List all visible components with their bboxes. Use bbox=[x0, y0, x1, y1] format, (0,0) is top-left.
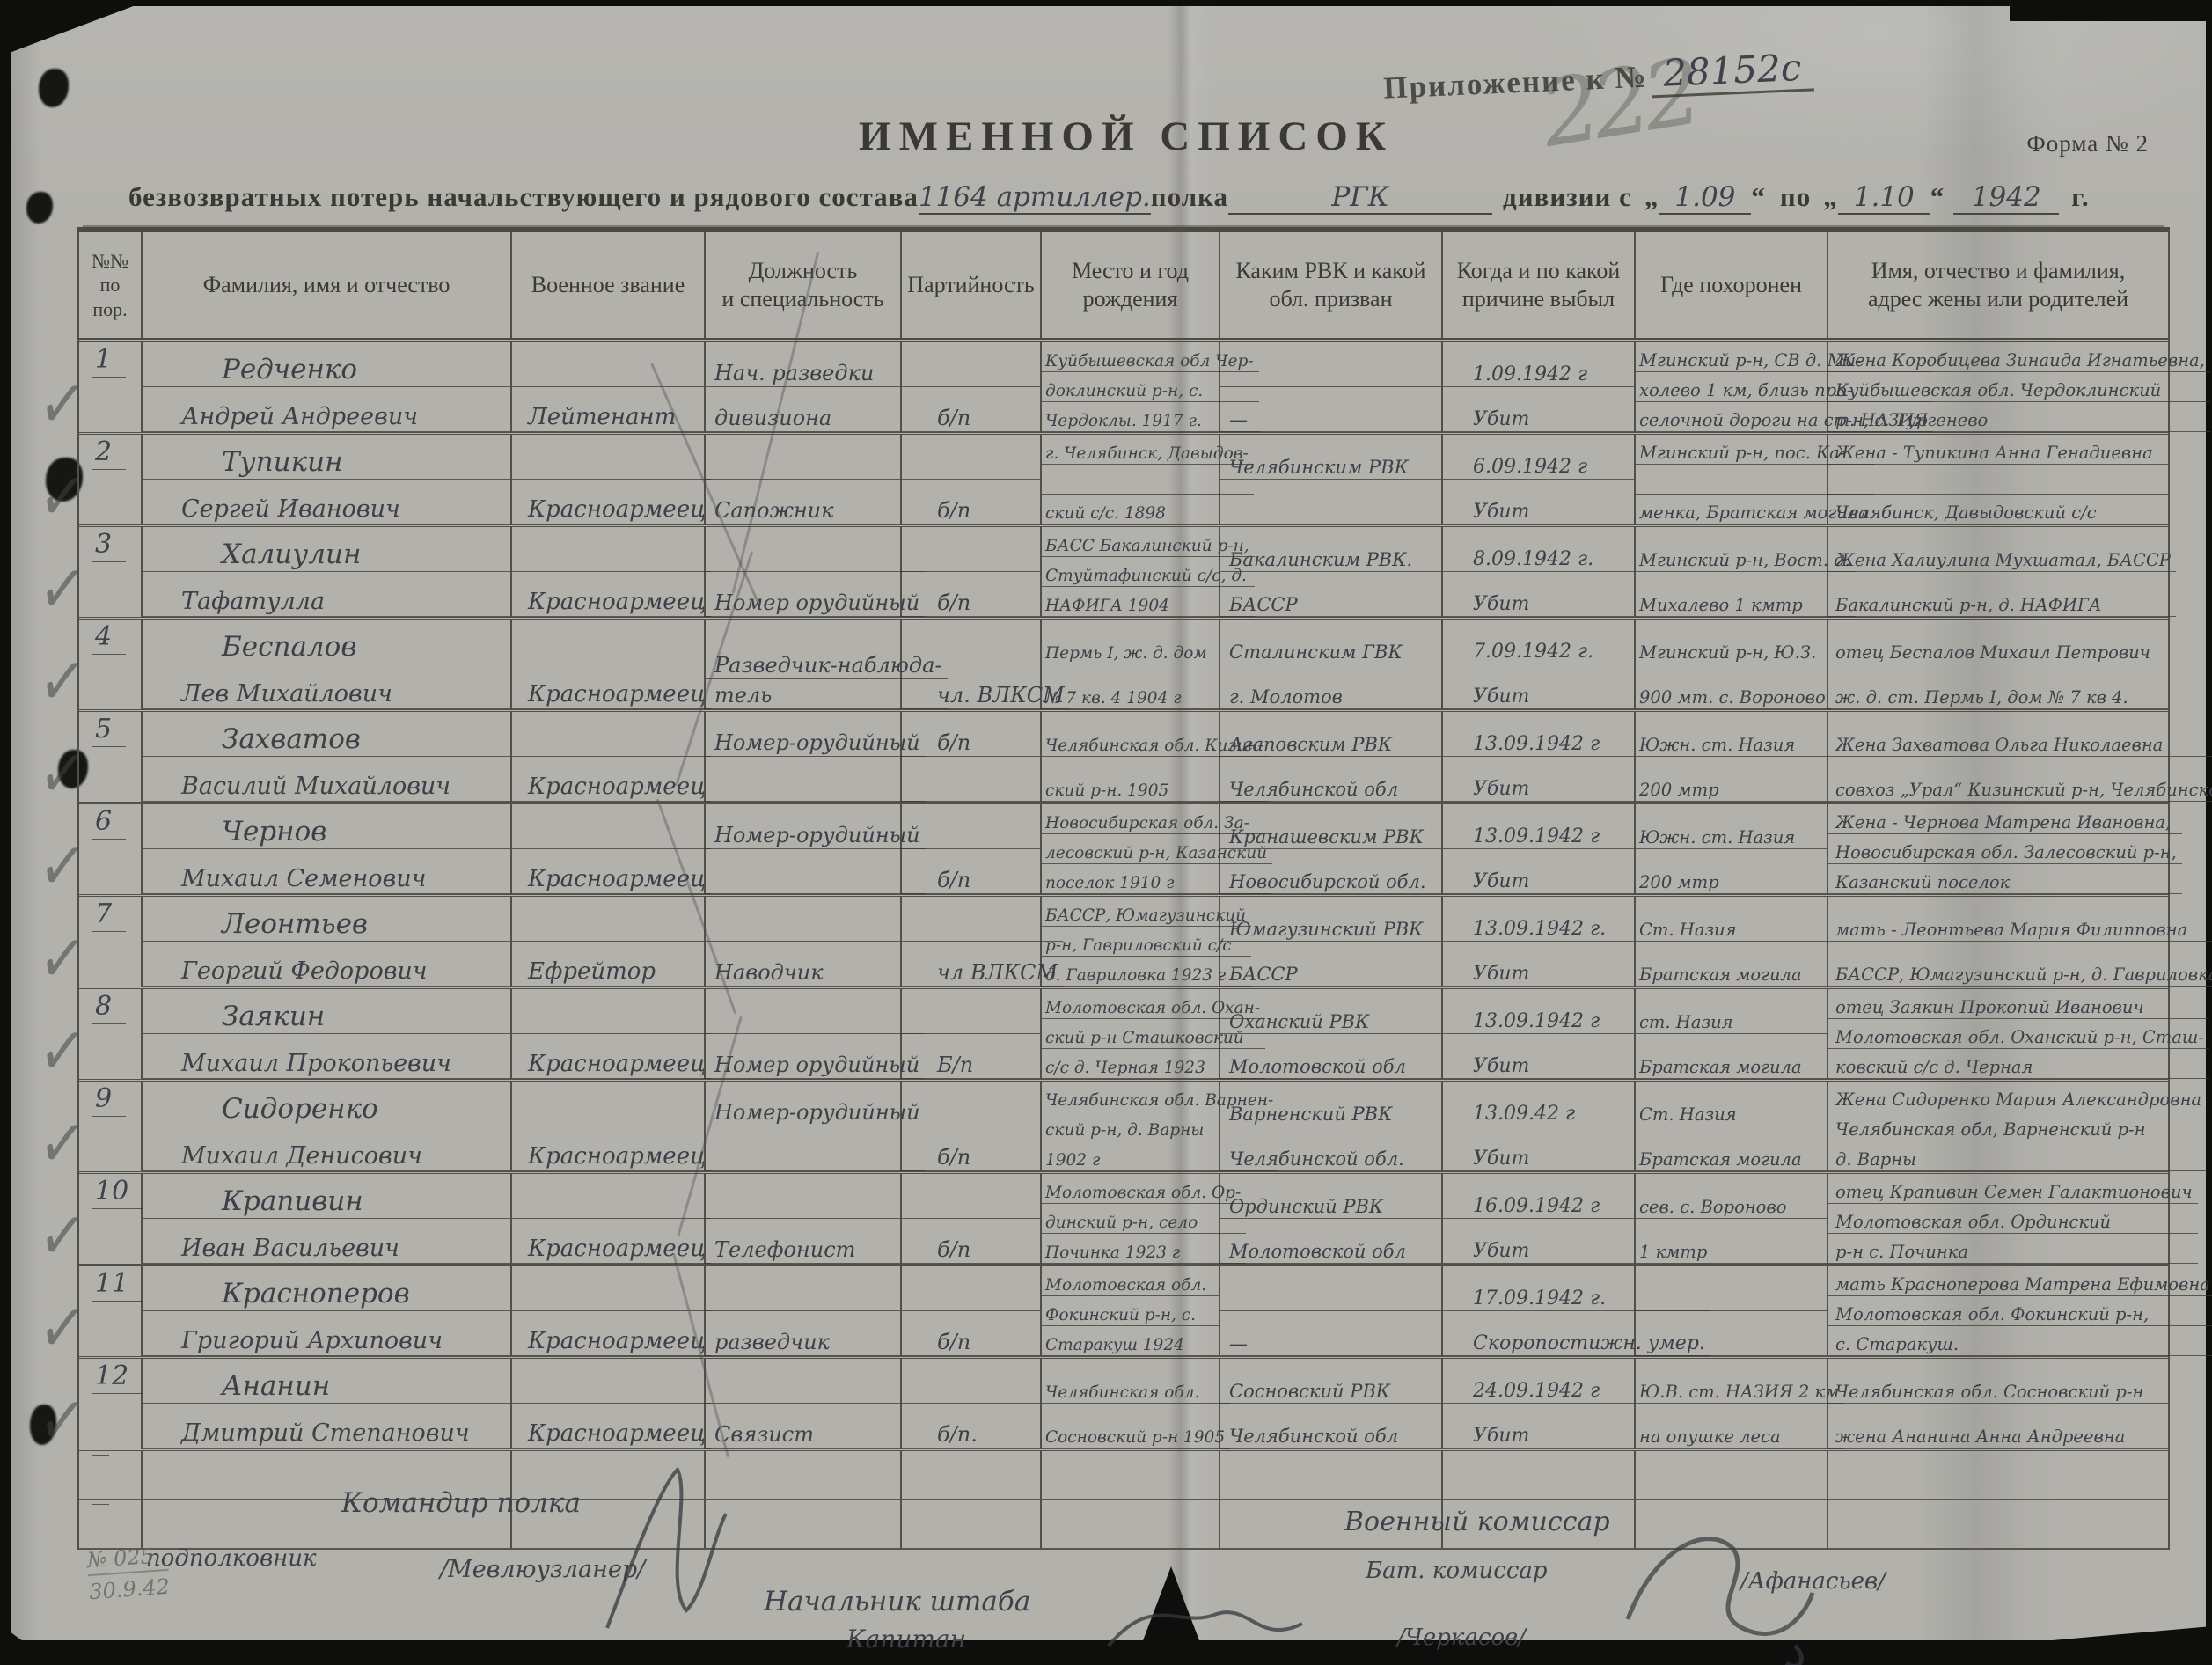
buried-line: 200 мтр bbox=[1636, 781, 1827, 802]
burial-cell: сев. с. Вороново1 кмтр bbox=[1636, 1174, 1828, 1264]
buried-line: Южн. ст. Назия bbox=[1636, 737, 1827, 757]
drafted-by-cell: Оханский РВКМолотовской обл bbox=[1220, 989, 1443, 1079]
when-line: Убит bbox=[1443, 1148, 1634, 1171]
name-line: Леонтьев bbox=[143, 910, 510, 942]
row-number: 7 bbox=[92, 899, 126, 932]
col-header-birth: Место и год рождения bbox=[1042, 232, 1220, 338]
subtitle-lead: безвозвратных потерь начальствующего и р… bbox=[128, 181, 919, 213]
quote-close-1: “ bbox=[1751, 181, 1766, 213]
party-cell: б/п bbox=[902, 435, 1042, 524]
subtitle-polka: полка bbox=[1151, 181, 1228, 213]
party-cell: б/п bbox=[902, 712, 1042, 802]
party-line bbox=[902, 477, 1040, 480]
full-name-cell: ЗаякинМихаил Прокопьевич bbox=[143, 989, 512, 1079]
when-line: Убит bbox=[1443, 871, 1634, 894]
name-line: Ананин bbox=[143, 1372, 510, 1404]
burial-cell: Мгинский р-н, Ю.З.900 мт. с. Вороново bbox=[1636, 620, 1828, 709]
chief-of-staff-signature-scrawl bbox=[1100, 1575, 1329, 1665]
when-line: Убит bbox=[1443, 964, 1634, 987]
scanned-document: 222 Приложение к № 28152с Форма № 2 ИМЕН… bbox=[0, 0, 2212, 1665]
position-line bbox=[706, 799, 926, 802]
full-name-cell: ЗахватовВасилий Михайлович bbox=[143, 712, 512, 802]
rank-cell: Красноармеец bbox=[512, 1082, 706, 1171]
birth-cell: Молотовская обл. Ор-динский р-н, селоПоч… bbox=[1042, 1174, 1220, 1264]
col-header-position: Должность и специальность bbox=[706, 232, 902, 338]
rank-line: Красноармеец bbox=[512, 775, 711, 802]
when-cause-cell: 8.09.1942 г.Убит bbox=[1443, 527, 1636, 617]
when-line: 13.09.1942 г bbox=[1443, 1011, 1634, 1034]
party-line: б/п bbox=[902, 1331, 1040, 1356]
rank-cell: Красноармеец bbox=[512, 1266, 706, 1356]
name-line: Михаил Денисович bbox=[143, 1144, 510, 1171]
party-line bbox=[902, 1216, 1040, 1219]
row-number-cell: 6 ✓ bbox=[79, 804, 143, 894]
rank-line: Красноармеец bbox=[512, 1053, 711, 1079]
row-number: 4 bbox=[92, 621, 126, 655]
buried-line: Братская могила bbox=[1636, 1151, 1827, 1171]
party-cell: б/п bbox=[902, 1266, 1042, 1356]
birth-cell: БАССР, Юмагузинскийр-н, Гавриловский с/с… bbox=[1042, 897, 1220, 987]
empty-line bbox=[1828, 1546, 2168, 1548]
position-cell: Разведчик-наблюда-тель bbox=[706, 620, 902, 709]
row-number: 10 bbox=[92, 1176, 143, 1209]
col-header-burial-place: Где похоронен bbox=[1636, 232, 1828, 338]
birth-cell: Челябинская обл.Сосновский р-н 1905 bbox=[1042, 1359, 1220, 1449]
scan-edge-top bbox=[0, 0, 2212, 6]
next-of-kin-cell: Жена Халиулина Мухшатал, БАССРБакалински… bbox=[1828, 527, 2176, 617]
full-name-cell: ЧерновМихаил Семенович bbox=[143, 804, 512, 894]
col-header-party: Партийность bbox=[902, 232, 1042, 338]
row-number: 12 bbox=[92, 1361, 143, 1394]
party-line bbox=[902, 1031, 1040, 1034]
when-line: Убит bbox=[1443, 1056, 1634, 1079]
buried-line: Ст. Назия bbox=[1636, 1106, 1827, 1126]
table-row: 3 ✓ ХалиулинТафатулла Красноармеец Номер… bbox=[79, 527, 2168, 620]
rvk-line: Новосибирской обл. bbox=[1220, 872, 1441, 894]
buried-line: Братская могила bbox=[1636, 1059, 1827, 1079]
when-cause-cell: 13.09.1942 гУбит bbox=[1443, 804, 1636, 894]
rank-line: Красноармеец bbox=[512, 1422, 711, 1449]
family-line: Жена - Чернова Матрена Ивановна, bbox=[1828, 814, 2182, 834]
next-of-kin-cell: отец Заякин Прокопий ИвановичМолотовская… bbox=[1828, 989, 2209, 1079]
family-line: отец Крапивин Семен Галактионович bbox=[1828, 1184, 2198, 1204]
position-cell: Номер-орудийный bbox=[706, 1082, 902, 1171]
date-to-handwritten: 1.10 bbox=[1838, 181, 1930, 215]
rank-line bbox=[512, 569, 711, 572]
row-number: 2 bbox=[92, 436, 126, 470]
family-line: Челябинская обл, Варненский р-н bbox=[1828, 1121, 2207, 1141]
row-number-cell: 5 ✓ bbox=[79, 712, 143, 802]
table-header-row: №№ по пор. Фамилия, имя и отчество Военн… bbox=[79, 232, 2168, 342]
commissar-signature-scrawl bbox=[1610, 1514, 1839, 1663]
party-line: б/п bbox=[902, 1239, 1040, 1264]
when-cause-cell: 6.09.1942 гУбит bbox=[1443, 435, 1636, 524]
rvk-line: Агаповским РВК bbox=[1220, 735, 1441, 757]
table-row: 9 ✓ СидоренкоМихаил Денисович Красноарме… bbox=[79, 1082, 2168, 1174]
party-cell bbox=[902, 1500, 1042, 1548]
drafted-by-cell: Ординский РВКМолотовской обл bbox=[1220, 1174, 1443, 1264]
next-of-kin-cell: Жена Коробицева Зинаида Игнатьевна,Куйбы… bbox=[1828, 342, 2210, 432]
name-line: Сергей Иванович bbox=[143, 497, 510, 524]
name-line: Халиулин bbox=[143, 540, 510, 572]
row-number bbox=[92, 1502, 109, 1505]
family-line: Жена Захватова Ольга Николаевна bbox=[1828, 737, 2212, 757]
quote-close-2: “ bbox=[1930, 181, 1945, 213]
party-cell: б/п bbox=[902, 527, 1042, 617]
row-number-cell: 8 ✓ bbox=[79, 989, 143, 1079]
col-header-rank: Военное звание bbox=[512, 232, 706, 338]
empty-line bbox=[1220, 1546, 1441, 1548]
name-line: Василий Михайлович bbox=[143, 774, 510, 802]
name-line: Андрей Андреевич bbox=[143, 405, 510, 432]
birth-line: Пермь I, ж. д. дом bbox=[1042, 645, 1219, 664]
name-line: Красноперов bbox=[143, 1280, 510, 1311]
birth-cell: г. Челябинск, Давыдов-ский с/с. 1898 bbox=[1042, 435, 1220, 524]
scan-edge-right bbox=[2206, 0, 2212, 1665]
position-line bbox=[706, 1216, 900, 1219]
rank-line: Красноармеец bbox=[512, 1145, 711, 1171]
rvk-line: — bbox=[1220, 410, 1441, 432]
rank-line: Красноармеец bbox=[512, 683, 711, 709]
next-of-kin-cell: Жена - Тупикина Анна ГенадиевнаЧелябинск… bbox=[1828, 435, 2168, 524]
when-line: 1.09.1942 г bbox=[1443, 364, 1634, 387]
name-line: Крапивин bbox=[143, 1187, 510, 1219]
buried-line: 1 кмтр bbox=[1636, 1243, 1827, 1264]
buried-line: 900 мт. с. Вороново bbox=[1636, 689, 1831, 709]
empty-line bbox=[1828, 1497, 2168, 1499]
empty-line bbox=[1042, 1546, 1219, 1548]
birth-cell: Новосибирская обл. За-лесовский р-н, Каз… bbox=[1042, 804, 1220, 894]
name-line: Михаил Прокопьевич bbox=[143, 1052, 510, 1079]
buried-line: 200 мтр bbox=[1636, 874, 1827, 894]
position-cell: разведчик bbox=[706, 1266, 902, 1356]
position-line: Связист bbox=[706, 1424, 900, 1449]
family-line: Челябинск, Давыдовский с/с bbox=[1828, 504, 2168, 524]
party-line: б/п. bbox=[902, 1424, 1040, 1449]
unit-handwritten: РГК bbox=[1228, 181, 1492, 215]
position-line bbox=[706, 891, 926, 894]
when-line: 6.09.1942 г bbox=[1443, 457, 1634, 480]
rank-line bbox=[512, 385, 704, 387]
rank-line: Красноармеец bbox=[512, 1330, 711, 1356]
birth-cell: Челябинская обл. Варнен-ский р-н, д. Вар… bbox=[1042, 1082, 1220, 1171]
party-line: б/п bbox=[902, 1147, 1040, 1171]
empty-line bbox=[1220, 1497, 1441, 1499]
scan-corner-top-right bbox=[2010, 0, 2212, 21]
when-cause-cell: 7.09.1942 г.Убит bbox=[1443, 620, 1636, 709]
family-line: Жена - Тупикина Анна Генадиевна bbox=[1828, 444, 2168, 465]
rank-line bbox=[512, 754, 711, 757]
birth-line: Сосновский р-н 1905 bbox=[1042, 1429, 1230, 1449]
when-line: Убит bbox=[1443, 502, 1634, 524]
position-cell: Сапожник bbox=[706, 435, 902, 524]
next-of-kin-cell: Жена Захватова Ольга Николаевнасовхоз „У… bbox=[1828, 712, 2212, 802]
name-line: Беспалов bbox=[143, 633, 510, 664]
empty-line bbox=[902, 1497, 1040, 1499]
when-line: 13.09.1942 г bbox=[1443, 826, 1634, 849]
rvk-line: Челябинской обл bbox=[1220, 1427, 1441, 1449]
position-line bbox=[706, 477, 900, 480]
row-number-cell: 1 ✓ bbox=[79, 342, 143, 432]
family-line: жена Ананина Анна Андреевна bbox=[1828, 1428, 2168, 1449]
row-number-cell: 4 ✓ bbox=[79, 620, 143, 709]
next-of-kin-cell bbox=[1828, 1451, 2168, 1499]
position-line: Сапожник bbox=[706, 500, 900, 524]
party-cell bbox=[902, 1451, 1042, 1499]
stamp-number: 28152с bbox=[1650, 45, 1814, 98]
burial-cell: Южн. ст. Назия200 мтр bbox=[1636, 712, 1828, 802]
rank-line: Красноармеец bbox=[512, 590, 711, 617]
burial-cell: Ст. НазияБратская могила bbox=[1636, 897, 1828, 987]
table-row: 7 ✓ ЛеонтьевГеоргий Федорович Ефрейтор Н… bbox=[79, 897, 2168, 989]
rank-line bbox=[512, 847, 711, 849]
family-line: отец Беспалов Михаил Петрович bbox=[1828, 644, 2168, 664]
commissar-role: Военный комиссар bbox=[1344, 1507, 1610, 1537]
buried-line: сев. с. Вороново bbox=[1636, 1199, 1827, 1219]
rvk-line: БАССР bbox=[1220, 595, 1441, 617]
when-cause-cell: 13.09.1942 гУбит bbox=[1443, 712, 1636, 802]
position-line: дивизиона bbox=[706, 407, 900, 432]
full-name-cell: ЛеонтьевГеоргий Федорович bbox=[143, 897, 512, 987]
rank-cell: Красноармеец bbox=[512, 620, 706, 709]
rvk-line: Сосновский РВК bbox=[1220, 1382, 1441, 1404]
rank-cell: Красноармеец bbox=[512, 1359, 706, 1449]
when-line: Убит bbox=[1443, 686, 1634, 709]
drafted-by-cell: Сосновский РВКЧелябинской обл bbox=[1220, 1359, 1443, 1449]
name-line: Тафатулла bbox=[143, 590, 510, 617]
row-number: 6 bbox=[92, 806, 126, 840]
rvk-line bbox=[1220, 522, 1441, 524]
buried-line: Ю.В. ст. НАЗИЯ 2 км bbox=[1636, 1383, 1844, 1404]
rvk-line: Варненский РВК bbox=[1220, 1104, 1441, 1126]
drafted-by-cell: — bbox=[1220, 342, 1443, 432]
when-line: Убит bbox=[1443, 779, 1634, 802]
row-number-cell: 12 ✓ bbox=[79, 1359, 143, 1449]
family-line: Молотовская обл. Оханский р-н, Сташ- bbox=[1828, 1029, 2209, 1049]
rvk-line bbox=[1220, 1309, 1441, 1311]
rank-line bbox=[512, 477, 711, 480]
full-name-cell: ТупикинСергей Иванович bbox=[143, 435, 512, 524]
rvk-line: — bbox=[1220, 1334, 1441, 1356]
position-line bbox=[706, 1031, 925, 1034]
rank-line: Красноармеец bbox=[512, 868, 711, 894]
when-line: 13.09.42 г bbox=[1443, 1104, 1634, 1126]
next-of-kin-cell: мать - Леонтьева Мария ФилипповнаБАССР, … bbox=[1828, 897, 2212, 987]
name-line: Лев Михайлович bbox=[143, 682, 510, 709]
family-line: Жена Халиулина Мухшатал, БАССР bbox=[1828, 552, 2176, 572]
family-line: Куйбышевская обл. Чердоклинский bbox=[1828, 382, 2210, 402]
position-line bbox=[706, 1309, 900, 1311]
rvk-line: БАССР bbox=[1220, 965, 1441, 987]
when-cause-cell: 13.09.1942 гУбит bbox=[1443, 989, 1636, 1079]
party-cell: б/п bbox=[902, 1082, 1042, 1171]
document-title: ИМЕННОЙ СПИСОК bbox=[845, 113, 1408, 160]
full-name-cell: РедченкоАндрей Андреевич bbox=[143, 342, 512, 432]
table-row: 4 ✓ БеспаловЛев Михайлович Красноармеец … bbox=[79, 620, 2168, 712]
rank-cell: Красноармеец bbox=[512, 1174, 706, 1264]
table-row: 12 ✓ АнанинДмитрий Степанович Красноарме… bbox=[79, 1359, 2168, 1451]
quote-open-2: „ bbox=[1823, 181, 1838, 213]
commissar-rank: Бат. комиссар bbox=[1366, 1558, 1548, 1584]
party-cell: б/п. bbox=[902, 1359, 1042, 1449]
party-line bbox=[902, 1309, 1040, 1311]
burial-cell: Мгинский р-н, Вост. д.Михалево 1 кмтр bbox=[1636, 527, 1828, 617]
family-line: р-н с. Починка bbox=[1828, 1243, 2198, 1264]
name-line: Захватов bbox=[143, 725, 510, 757]
family-line: отец Заякин Прокопий Иванович bbox=[1828, 999, 2209, 1019]
family-line: БАССР, Юмагузинский р-н, д. Гавриловка bbox=[1828, 966, 2212, 987]
birth-cell: Молотовская обл. Охан-ский р-н Сташковск… bbox=[1042, 989, 1220, 1079]
when-line: Убит bbox=[1443, 1426, 1634, 1449]
row-number bbox=[92, 1453, 109, 1456]
position-line: Номер-орудийный bbox=[706, 825, 926, 849]
family-line: Жена Коробицева Зинаида Игнатьевна, bbox=[1828, 352, 2210, 372]
full-name-cell: БеспаловЛев Михайлович bbox=[143, 620, 512, 709]
rvk-line: г. Молотов bbox=[1220, 687, 1441, 709]
position-cell: Связист bbox=[706, 1359, 902, 1449]
drafted-by-cell: Юмагузинский РВКБАССР bbox=[1220, 897, 1443, 987]
regiment-number-handwritten: 1164 артиллер. bbox=[919, 181, 1151, 215]
family-line: Молотовская обл. Ординский bbox=[1828, 1214, 2198, 1234]
row-number-cell: 3 ✓ bbox=[79, 527, 143, 617]
drafted-by-cell: Агаповским РВКЧелябинской обл bbox=[1220, 712, 1443, 802]
rank-cell: Красноармеец bbox=[512, 712, 706, 802]
when-line: Убит bbox=[1443, 409, 1634, 432]
pencil-note-bottom: № 025 30.9.42 bbox=[86, 1543, 171, 1604]
row-number: 11 bbox=[92, 1268, 143, 1302]
rvk-line: Молотовской обл bbox=[1220, 1242, 1441, 1264]
next-of-kin-cell: мать Красноперова Матрена ЕфимовнаМолото… bbox=[1828, 1266, 2212, 1356]
casualty-table: №№ по пор. Фамилия, имя и отчество Военн… bbox=[77, 227, 2170, 1550]
name-line: Григорий Архипович bbox=[143, 1329, 510, 1356]
col-header-number: №№ по пор. bbox=[79, 232, 143, 338]
empty-line bbox=[902, 1546, 1040, 1548]
birth-cell: Челябинская обл. Кизин-ский р-н. 1905 bbox=[1042, 712, 1220, 802]
family-line bbox=[1828, 492, 2168, 495]
position-cell: Телефонист bbox=[706, 1174, 902, 1264]
party-line bbox=[902, 799, 1040, 802]
rvk-line: Бакалинским РВК. bbox=[1220, 550, 1441, 572]
commander-signature-scrawl bbox=[581, 1461, 774, 1637]
when-cause-cell bbox=[1443, 1451, 1636, 1499]
birth-line: Молотовская обл. Ор- bbox=[1042, 1185, 1246, 1204]
buried-line: ст. Назия bbox=[1636, 1014, 1827, 1034]
col-header-drafted-by: Каким РВК и какой обл. призван bbox=[1220, 232, 1443, 338]
row-number: 1 bbox=[92, 344, 126, 378]
commander-role: Командир полка bbox=[341, 1487, 581, 1519]
when-line: 7.09.1942 г. bbox=[1443, 642, 1634, 664]
family-line: Новосибирская обл. Залесовский р-н, bbox=[1828, 844, 2182, 864]
drafted-by-cell: Бакалинским РВК.БАССР bbox=[1220, 527, 1443, 617]
empty-line bbox=[1636, 1497, 1827, 1499]
drafted-by-cell bbox=[1220, 1451, 1443, 1499]
chief-of-staff-rank: Капитан bbox=[846, 1625, 966, 1654]
full-name-cell: АнанинДмитрий Степанович bbox=[143, 1359, 512, 1449]
party-line: чл ВЛКСМ bbox=[902, 962, 1063, 987]
name-line: Иван Васильевич bbox=[143, 1236, 510, 1264]
birth-line: Починка 1923 г bbox=[1042, 1244, 1246, 1264]
next-of-kin-cell bbox=[1828, 1500, 2168, 1548]
birth-line: № 7 кв. 4 1904 г bbox=[1042, 690, 1219, 709]
name-line: Чернов bbox=[143, 818, 510, 849]
next-of-kin-cell: отец Беспалов Михаил Петровичж. д. ст. П… bbox=[1828, 620, 2168, 709]
burial-cell: Южн. ст. Назия200 мтр bbox=[1636, 804, 1828, 894]
party-line: б/п bbox=[902, 500, 1040, 524]
rvk-line: Челябинской обл bbox=[1220, 780, 1441, 802]
row-number-cell: 11 ✓ bbox=[79, 1266, 143, 1356]
drafted-by-cell: Кранашевским РВКНовосибирской обл. bbox=[1220, 804, 1443, 894]
birth-cell bbox=[1042, 1451, 1220, 1499]
table-row: 8 ✓ ЗаякинМихаил Прокопьевич Красноармее… bbox=[79, 989, 2168, 1082]
party-cell: чл ВЛКСМ bbox=[902, 897, 1042, 987]
party-line: Б/п bbox=[902, 1054, 1040, 1079]
birth-cell: Пермь I, ж. д. дом№ 7 кв. 4 1904 г bbox=[1042, 620, 1220, 709]
subtitle-year-suffix: г. bbox=[2071, 181, 2089, 213]
birth-cell: Молотовская обл.Фокинский р-н, с.Стараку… bbox=[1042, 1266, 1220, 1356]
next-of-kin-cell: Челябинская обл. Сосновский р-нжена Анан… bbox=[1828, 1359, 2168, 1449]
position-line bbox=[706, 1401, 900, 1404]
buried-line: на опушке леса bbox=[1636, 1428, 1844, 1449]
burial-cell: Мгинский р-н, пос. Ка-менка, Братская мо… bbox=[1636, 435, 1828, 524]
party-line bbox=[902, 847, 1040, 849]
col-header-full-name: Фамилия, имя и отчество bbox=[143, 232, 512, 338]
col-header-next-of-kin: Имя, отчество и фамилия, адрес жены или … bbox=[1828, 232, 2168, 338]
when-line: 24.09.1942 г bbox=[1443, 1381, 1634, 1404]
birth-cell bbox=[1042, 1500, 1220, 1548]
rank-cell: Ефрейтор bbox=[512, 897, 706, 987]
rank-cell: Красноармеец bbox=[512, 435, 706, 524]
party-line bbox=[902, 1124, 1040, 1126]
when-cause-cell: 16.09.1942 гУбит bbox=[1443, 1174, 1636, 1264]
family-line: р-н, с. Тургенево bbox=[1828, 412, 2210, 432]
buried-line bbox=[1636, 1309, 1827, 1311]
rank-line: Красноармеец bbox=[512, 1237, 711, 1264]
position-line: Нач. разведки bbox=[706, 363, 900, 387]
party-line: б/п bbox=[902, 869, 1040, 894]
rvk-line: Челябинской обл. bbox=[1220, 1149, 1441, 1171]
burial-cell: Мгинский р-н, СВ д. Ми-холево 1 км, близ… bbox=[1636, 342, 1828, 432]
party-line bbox=[902, 1401, 1040, 1404]
burial-cell: Ст. НазияБратская могила bbox=[1636, 1082, 1828, 1171]
rvk-line: Молотовской обл bbox=[1220, 1057, 1441, 1079]
table-row: 5 ✓ ЗахватовВасилий Михайлович Красноарм… bbox=[79, 712, 2168, 804]
chief-of-staff-role: Начальник штаба bbox=[764, 1586, 1030, 1617]
when-cause-cell: 13.09.42 гУбит bbox=[1443, 1082, 1636, 1171]
party-cell: б/п bbox=[902, 804, 1042, 894]
next-of-kin-cell: отец Крапивин Семен ГалактионовичМолотов… bbox=[1828, 1174, 2198, 1264]
buried-line: Южн. ст. Назия bbox=[1636, 829, 1827, 849]
rank-cell: Красноармеец bbox=[512, 527, 706, 617]
name-line: Сидоренко bbox=[143, 1095, 510, 1126]
position-cell: Наводчик bbox=[706, 897, 902, 987]
buried-line: Ст. Назия bbox=[1636, 921, 1827, 942]
family-line: Бакалинский р-н, д. НАФИГА bbox=[1828, 597, 2176, 617]
empty-line bbox=[1443, 1497, 1634, 1499]
position-line: Наводчик bbox=[706, 962, 900, 987]
full-name-cell: ХалиулинТафатулла bbox=[143, 527, 512, 617]
table-body: 1 ✓ РедченкоАндрей Андреевич Лейтенант Н… bbox=[79, 342, 2168, 1550]
row-number-cell bbox=[79, 1451, 143, 1499]
name-line: Михаил Семенович bbox=[143, 867, 510, 894]
burial-cell bbox=[1636, 1451, 1828, 1499]
party-cell: чл. ВЛКСМ bbox=[902, 620, 1042, 709]
table-row: 2 ✓ ТупикинСергей Иванович Красноармеец … bbox=[79, 435, 2168, 527]
rank-line bbox=[512, 1401, 711, 1404]
drafted-by-cell: Челябинским РВК bbox=[1220, 435, 1443, 524]
birth-cell: Куйбышевская обл Чер-доклинский р-н, с.Ч… bbox=[1042, 342, 1220, 432]
next-of-kin-cell: Жена - Чернова Матрена Ивановна,Новосиби… bbox=[1828, 804, 2182, 894]
col-header-when-cause: Когда и по какой причине выбыл bbox=[1443, 232, 1636, 338]
